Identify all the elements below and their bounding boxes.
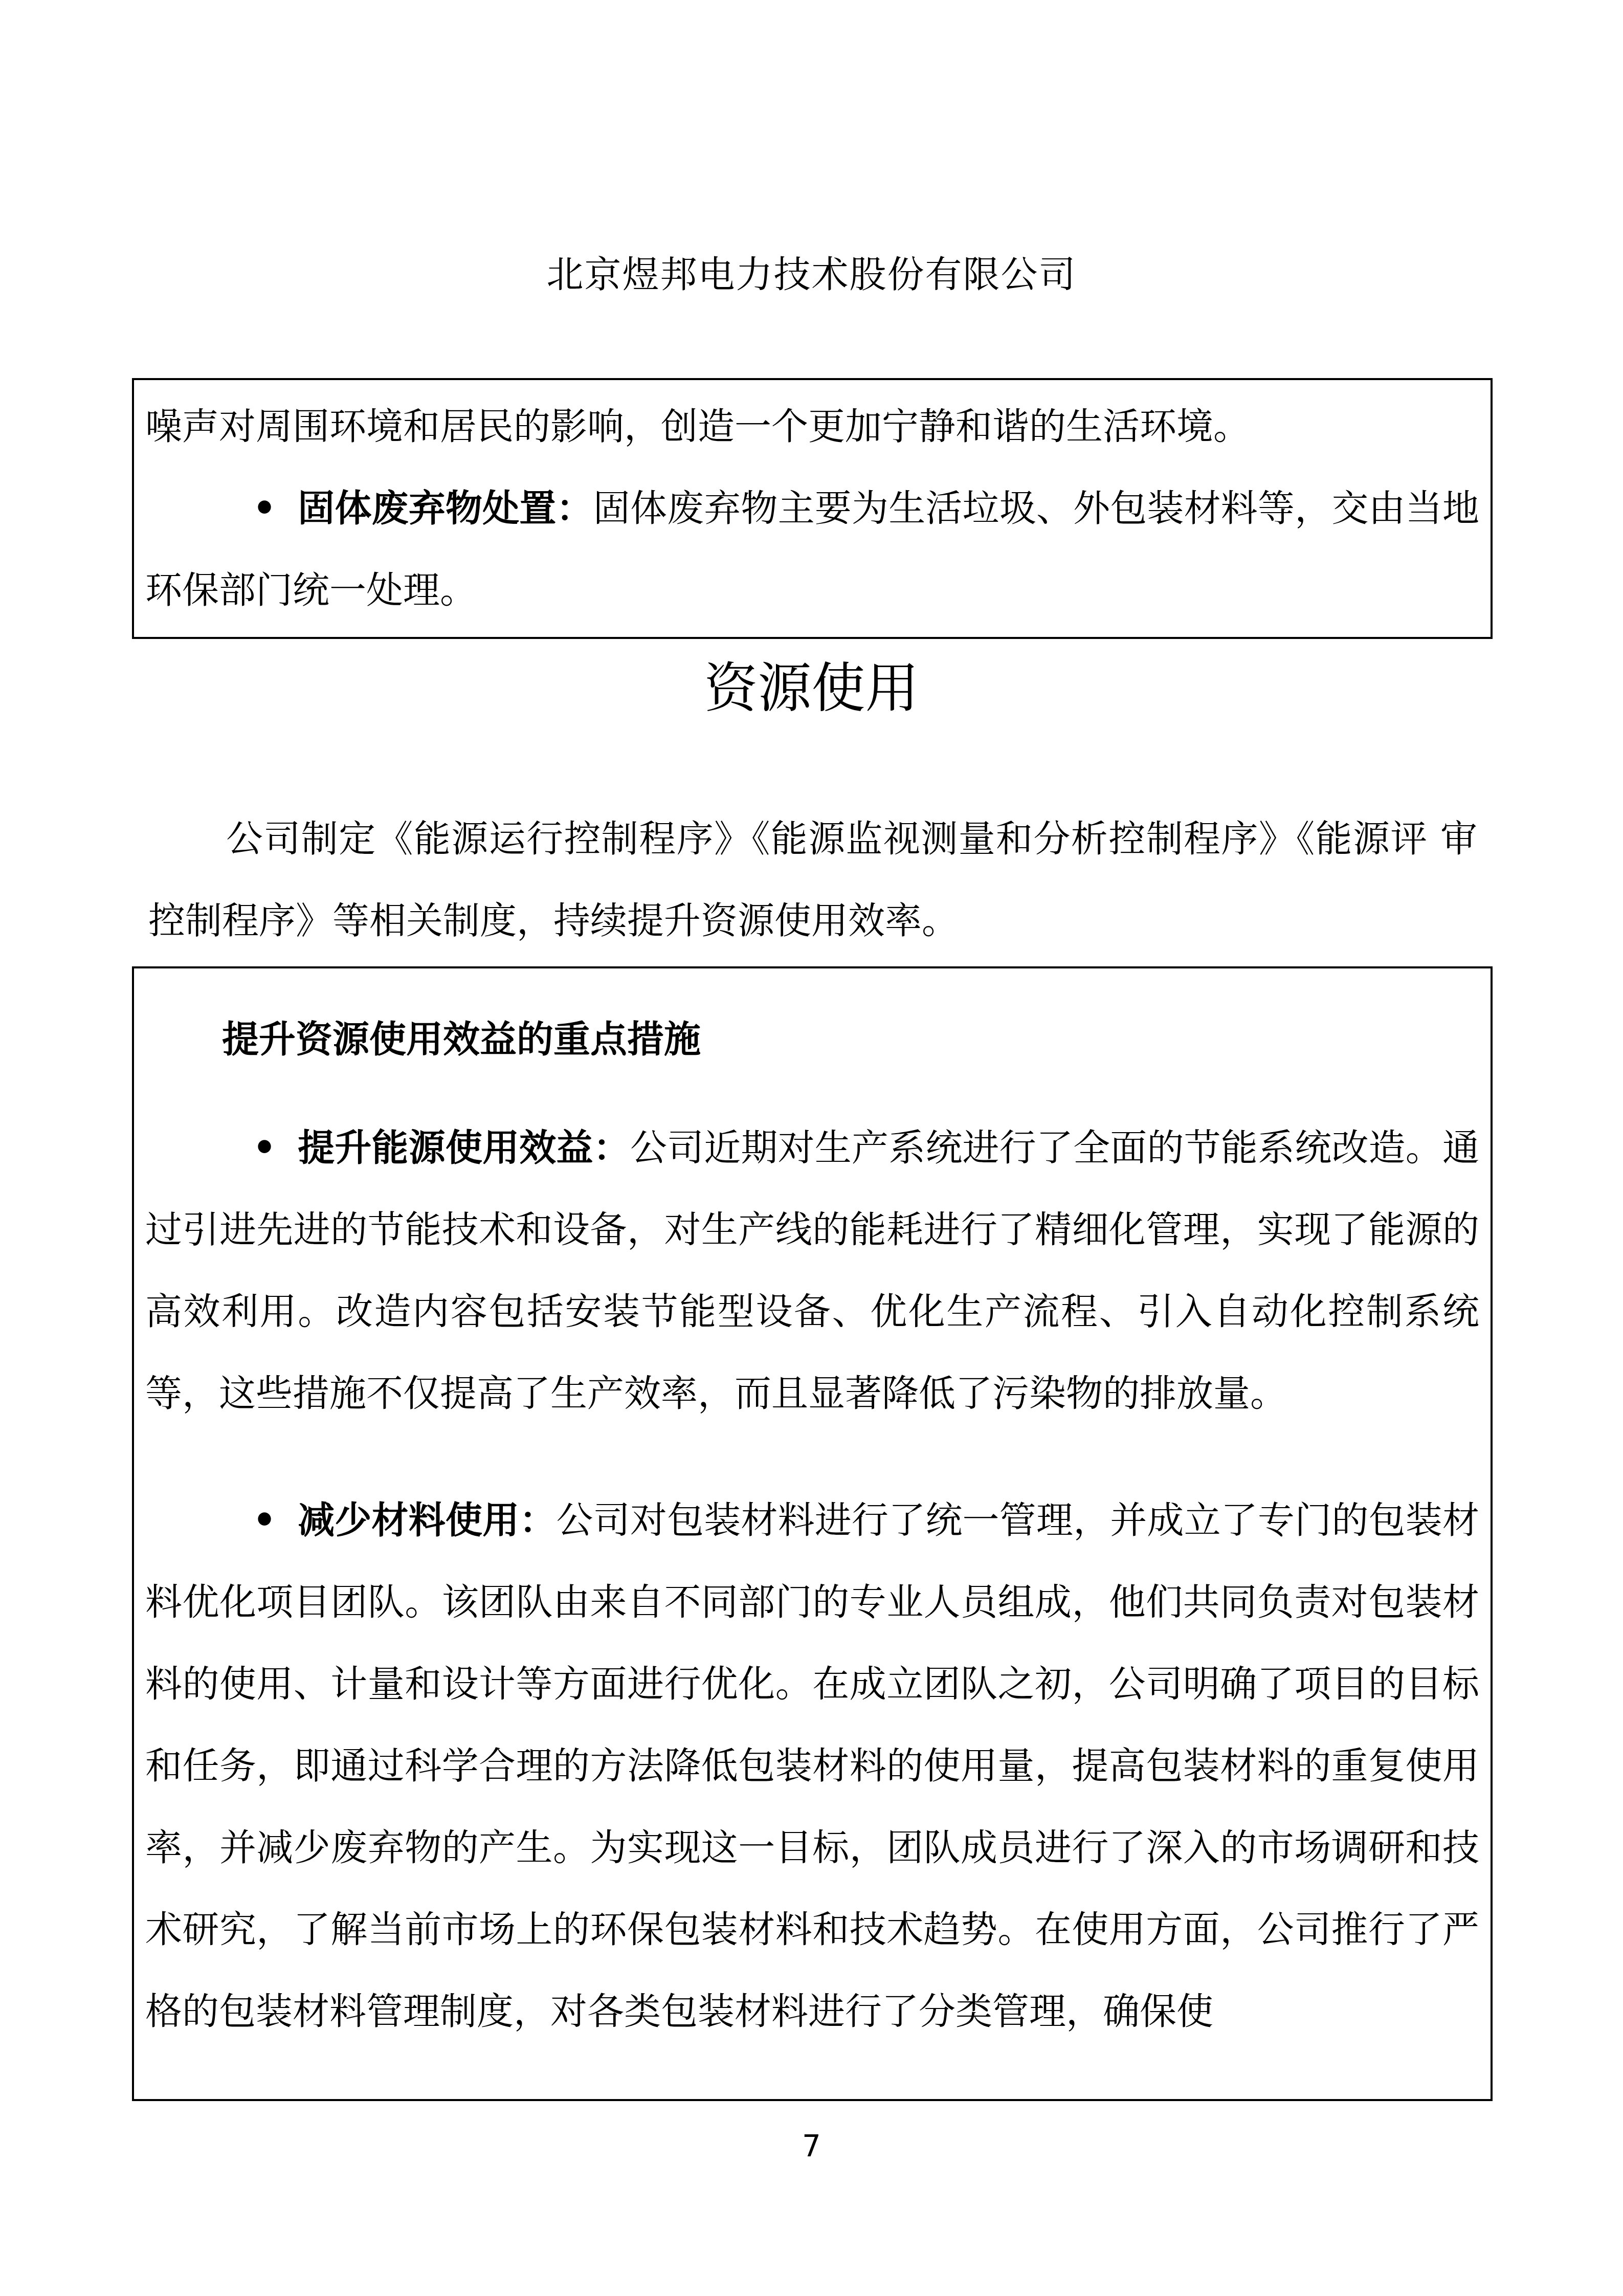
energy-efficiency-bullet: •提升能源使用效益：公司近期对生产系统进行了全面的节能系统改造。通过引进先进的节… (145, 1107, 1479, 1434)
material-reduction-bullet-text: 公司对包装材料进行了统一管理，并成立了专门的包装材料优化项目团队。该团队由来自不… (145, 1498, 1479, 2033)
bullet-icon: • (253, 1125, 298, 1169)
solid-waste-bullet: •固体废弃物处置：固体废弃物主要为生活垃圾、外包装材料等，交由当地环保部门统一处… (145, 467, 1479, 631)
material-reduction-bullet-label: 减少材料使用： (298, 1498, 557, 1541)
company-name-header: 北京煜邦电力技术股份有限公司 (0, 0, 1623, 294)
measures-box-title: 提升资源使用效益的重点措施 (145, 998, 1479, 1080)
resource-measures-text-box: 提升资源使用效益的重点措施 •提升能源使用效益：公司近期对生产系统进行了全面的节… (132, 966, 1493, 2101)
resource-intro-paragraph: 公司制定《能源运行控制程序》《能源监视测量和分析控制程序》《能源评 审控制程序》… (148, 798, 1477, 961)
bullet-icon: • (253, 1498, 298, 1541)
document-page: { "page": { "header": "北京煜邦电力技术股份有限公司", … (0, 0, 1623, 2296)
solid-waste-bullet-label: 固体废弃物处置： (298, 486, 593, 529)
material-reduction-bullet: •减少材料使用：公司对包装材料进行了统一管理，并成立了专门的包装材料优化项目团队… (145, 1479, 1479, 2052)
section-title-resource-use: 资源使用 (0, 659, 1623, 717)
noise-waste-text-box: 噪声对周围环境和居民的影响，创造一个更加宁静和谐的生活环境。 •固体废弃物处置：… (132, 378, 1493, 639)
noise-paragraph: 噪声对周围环境和居民的影响，创造一个更加宁静和谐的生活环境。 (145, 385, 1479, 467)
energy-efficiency-bullet-label: 提升能源使用效益： (298, 1125, 630, 1169)
bullet-icon: • (253, 486, 298, 529)
page-number: 7 (0, 2131, 1623, 2161)
energy-efficiency-bullet-text: 公司近期对生产系统进行了全面的节能系统改造。通过引进先进的节能技术和设备，对生产… (145, 1126, 1479, 1415)
